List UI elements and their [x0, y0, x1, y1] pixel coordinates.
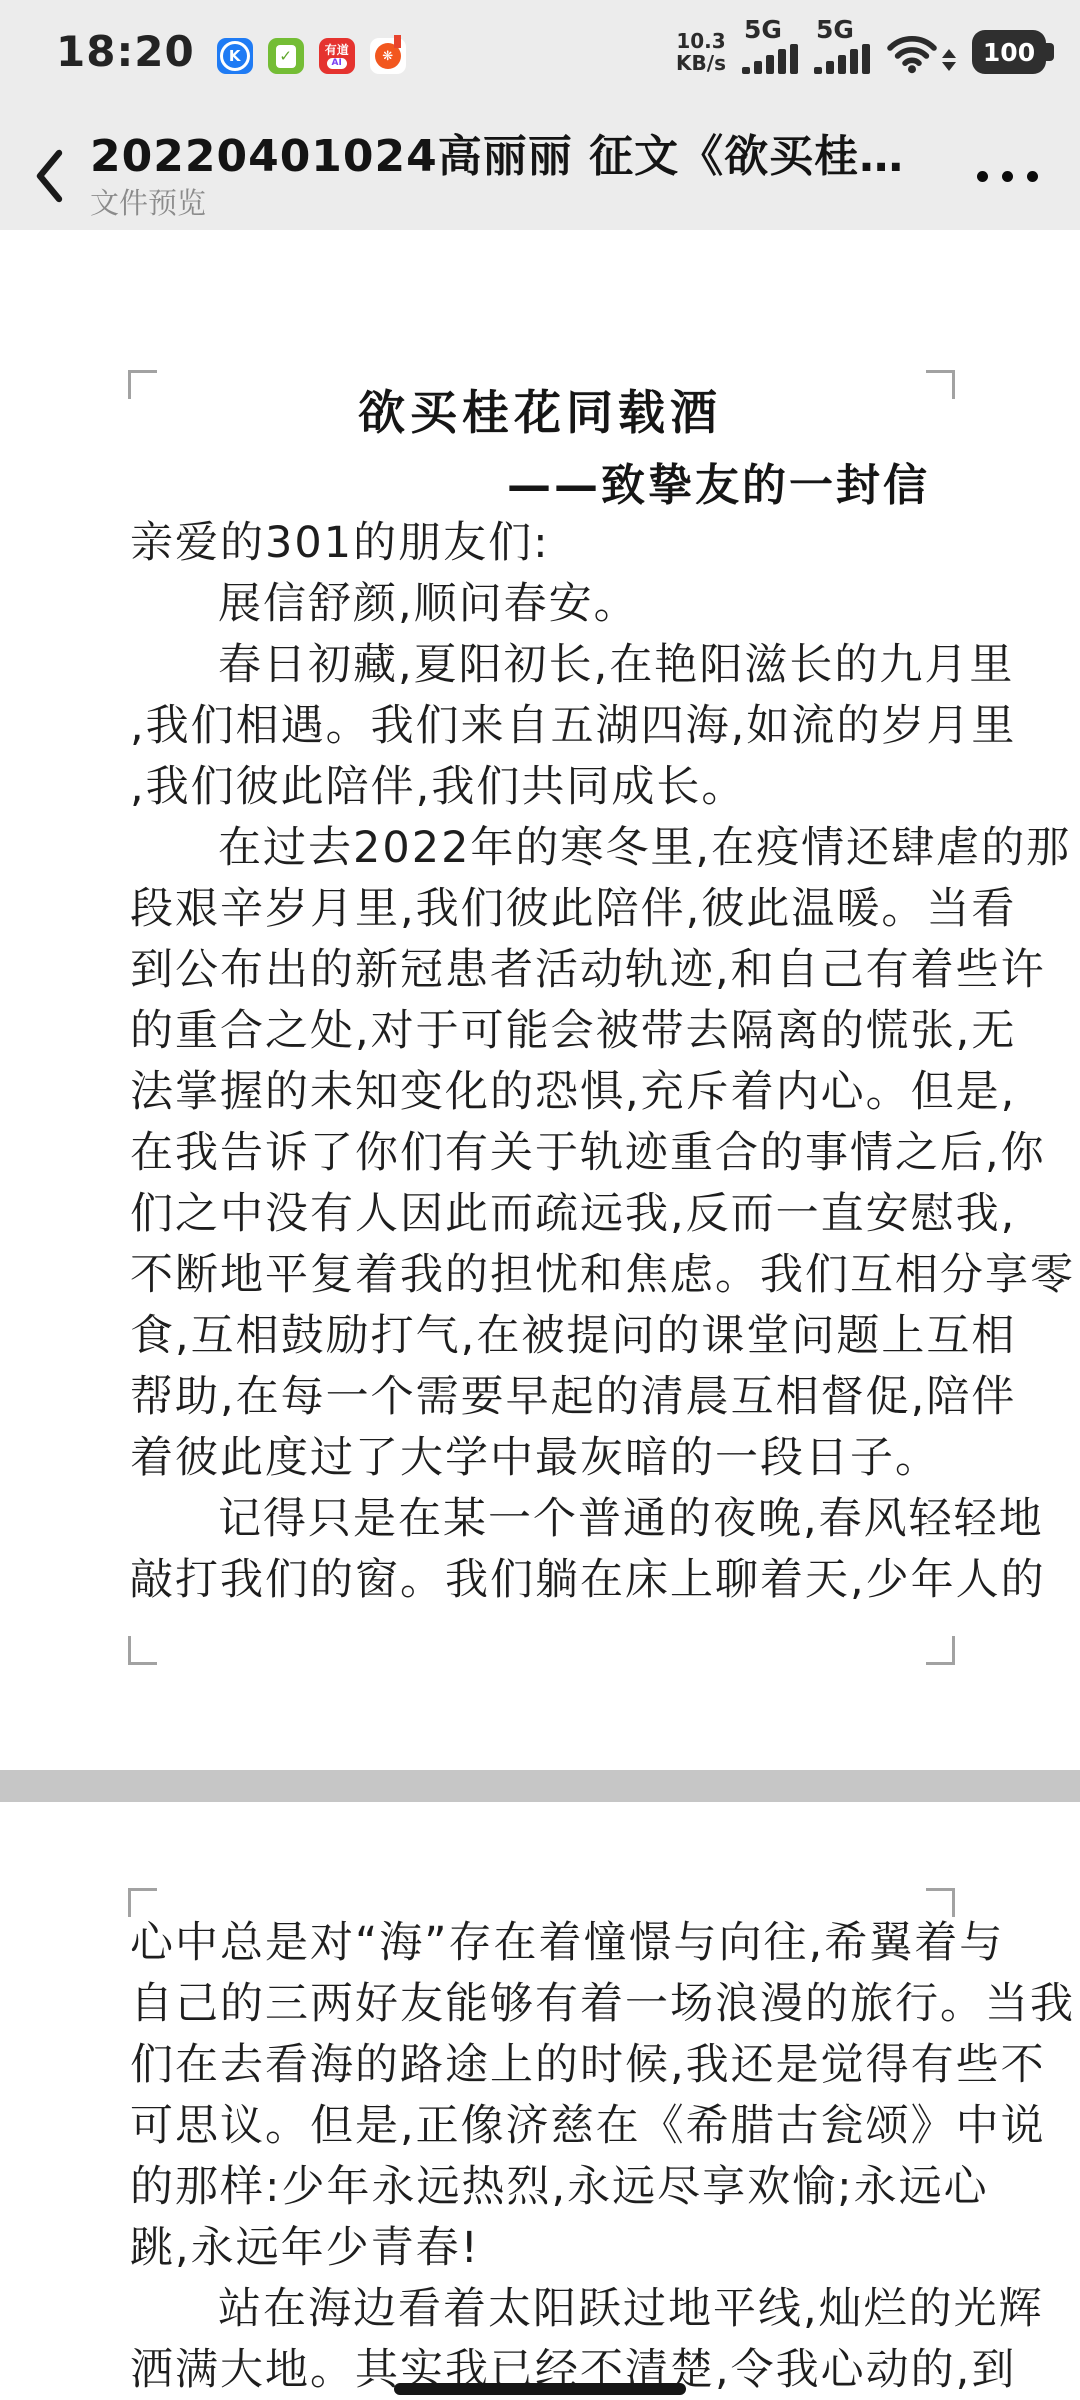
status-indicators: 10.3 KB/s 5G 5G [676, 17, 1046, 74]
wifi-icon [886, 32, 938, 74]
document-text-line: ,我们彼此陪伴,我们共同成长。 [130, 757, 980, 818]
notification-icons: K ✓ 有道 AI ❋ [217, 38, 406, 74]
document-text-line: 的重合之处,对于可能会被带去隔离的慌张,无 [130, 1001, 980, 1062]
document-preview-scroll-area[interactable]: 欲买桂花同载酒 ——致挚友的一封信 亲爱的301的朋友们:展信舒颜,顺问春安。春… [0, 230, 1080, 2400]
wifi-indicator [886, 32, 956, 74]
document-text-line: 展信舒颜,顺问春安。 [130, 574, 980, 635]
youdao-dict-app-icon: 有道 AI [319, 38, 355, 74]
more-options-icon [977, 171, 988, 182]
header-titles: 20220401024高丽丽 征文《欲买桂… 文件预览 [90, 131, 953, 221]
document-text-line: 们在去看海的路途上的时候,我还是觉得有些不 [130, 2035, 980, 2096]
document-text-line: 法掌握的未知变化的恐惧,充斥着内心。但是, [130, 1062, 980, 1123]
youdao-ai-label: AI [327, 58, 347, 69]
todo-check-app-icon: ✓ [268, 38, 304, 74]
document-text-line: 们之中没有人因此而疏远我,反而一直安慰我, [130, 1184, 980, 1245]
page-separator [0, 1770, 1080, 1802]
crop-mark [128, 1636, 157, 1665]
crop-mark [926, 1636, 955, 1665]
wifi-traffic-arrows-icon [942, 49, 956, 71]
battery-nub [1046, 43, 1054, 61]
check-glyph: ✓ [276, 45, 296, 68]
sim2-signal: 5G [814, 17, 870, 74]
youdao-label: 有道 [325, 43, 349, 57]
network-speed-value: 10.3 [676, 30, 726, 52]
sim1-signal: 5G [742, 17, 798, 74]
document-text-line: 不断地平复着我的担忧和焦虑。我们互相分享零 [130, 1245, 980, 1306]
more-options-icon [1002, 171, 1013, 182]
more-options-button[interactable] [971, 151, 1044, 202]
document-text-line: 在我告诉了你们有关于轨迹重合的事情之后,你 [130, 1123, 980, 1184]
status-bar[interactable]: 18:20 K ✓ 有道 AI ❋ 10.3 KB/s 5G [0, 0, 1080, 80]
sim2-network-type: 5G [816, 17, 854, 42]
document-text-line: 心中总是对“海”存在着憧憬与向往,希翼着与 [130, 1913, 980, 1974]
battery-level: 100 [983, 40, 1035, 65]
document-text-line: 站在海边看着太阳跃过地平线,灿烂的光辉 [130, 2279, 980, 2340]
bookmark-ribbon [394, 35, 401, 48]
signal-bars-icon [814, 44, 870, 74]
tomato-novel-app-icon: ❋ [370, 38, 406, 74]
document-page-2: 心中总是对“海”存在着憧憬与向往,希翼着与自己的三两好友能够有着一场浪漫的旅行。… [0, 1802, 1080, 2400]
document-text-line: 自己的三两好友能够有着一场浪漫的旅行。当我 [130, 1974, 980, 2035]
screen: 18:20 K ✓ 有道 AI ❋ 10.3 KB/s 5G [0, 0, 1080, 2400]
document-text-line: 可思议。但是,正像济慈在《希腊古瓮颂》中说 [130, 2096, 980, 2157]
gesture-navigation-bar[interactable] [394, 2383, 686, 2395]
document-text-line: ,我们相遇。我们来自五湖四海,如流的岁月里 [130, 696, 980, 757]
document-text-line: 帮助,在每一个需要早起的清晨互相督促,陪伴 [130, 1367, 980, 1428]
document-subtitle: ——致挚友的一封信 [507, 458, 930, 514]
document-text-line: 的那样:少年永远热烈,永远尽享欢愉;永远心 [130, 2157, 980, 2218]
keep-letter: K [220, 41, 250, 71]
clock: 18:20 [56, 30, 195, 74]
document-title: 欲买桂花同载酒 [0, 386, 1080, 442]
document-text-line: 跳,永远年少青春! [130, 2218, 980, 2279]
chevron-left-icon [33, 148, 65, 204]
battery-icon: 100 [972, 30, 1046, 74]
signal-bars-icon [742, 44, 798, 74]
document-text-line: 到公布出的新冠患者活动轨迹,和自己有着些许 [130, 940, 980, 1001]
document-text-line: 记得只是在某一个普通的夜晚,春风轻轻地 [130, 1489, 980, 1550]
document-text-line: 春日初藏,夏阳初长,在艳阳滋长的九月里 [130, 635, 980, 696]
document-text-line: 着彼此度过了大学中最灰暗的一段日子。 [130, 1428, 980, 1489]
file-title: 20220401024高丽丽 征文《欲买桂… [90, 131, 953, 183]
file-preview-header: 20220401024高丽丽 征文《欲买桂… 文件预览 [0, 80, 1080, 230]
sim1-network-type: 5G [744, 17, 782, 42]
more-options-icon [1027, 171, 1038, 182]
network-speed: 10.3 KB/s [676, 30, 726, 74]
document-text-line: 亲爱的301的朋友们: [130, 513, 980, 574]
document-text-line: 食,互相鼓励打气,在被提问的课堂问题上互相 [130, 1306, 980, 1367]
document-text-line: 敲打我们的窗。我们躺在床上聊着天,少年人的 [130, 1550, 980, 1611]
document-text-line: 在过去2022年的寒冬里,在疫情还肆虐的那 [130, 818, 980, 879]
back-button[interactable] [22, 141, 76, 211]
file-preview-label: 文件预览 [90, 185, 953, 221]
document-page-1: 欲买桂花同载酒 ——致挚友的一封信 亲爱的301的朋友们:展信舒颜,顺问春安。春… [0, 230, 1080, 1770]
document-text-line: 段艰辛岁月里,我们彼此陪伴,彼此温暖。当看 [130, 879, 980, 940]
network-speed-unit: KB/s [676, 52, 726, 74]
keep-app-icon: K [217, 38, 253, 74]
